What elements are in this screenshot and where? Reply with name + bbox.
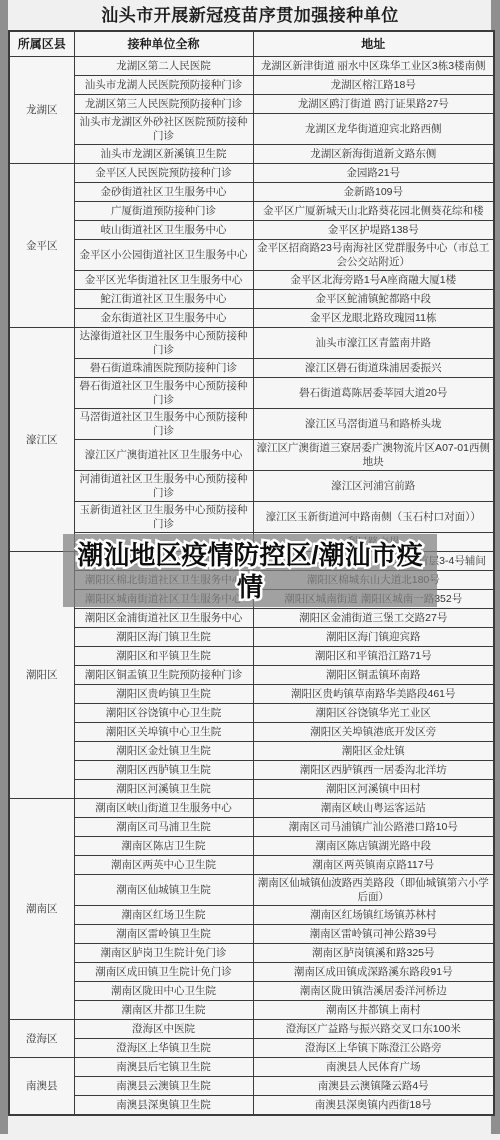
table-row: 潮阳区西胪镇卫生院潮阳区西胪镇西一居委沟北洋坊 <box>9 761 494 780</box>
table-row: 南澳县南澳县后宅镇卫生院南澳县人民体育广场 <box>9 1058 494 1077</box>
address-cell: 金平区护堤路138号 <box>253 221 494 240</box>
address-cell: 汕头市濠江区青篮南井路 <box>253 328 494 359</box>
table-row: 潮南区红场卫生院潮南区红场镇红场镇苏林村 <box>9 906 494 925</box>
table-row: 南澳县云澳镇卫生院南澳县云澳镇隆云路4号 <box>9 1077 494 1096</box>
address-cell: 潮阳区海门镇迎宾路 <box>253 628 494 647</box>
unit-cell: 礐石街道社区卫生服务中心预防接种门诊 <box>74 378 253 409</box>
watermark-overlay: 潮汕地区疫情防控区/潮汕市疫 情 <box>63 534 437 607</box>
address-cell: 濠江区玉新街道河中路南侧（玉石村口对面）） <box>253 502 494 533</box>
unit-cell: 潮阳区海门镇卫生院 <box>74 628 253 647</box>
table-row: 潮南区雷岭镇卫生院潮南区雷岭镇司神公路39号 <box>9 925 494 944</box>
column-header-unit: 接种单位全称 <box>74 31 253 57</box>
table-row: 汕头市龙湖区外砂社区医院预防接种门诊龙湖区龙华街道迎宾北路西侧 <box>9 114 494 145</box>
unit-cell: 潮南区两英中心卫生院 <box>74 856 253 875</box>
address-cell: 潮南区峡山粤运客运站 <box>253 799 494 818</box>
address-cell: 金新路109号 <box>253 183 494 202</box>
table-row: 玉新街道社区卫生服务中心预防接种门诊濠江区玉新街道河中路南侧（玉石村口对面）） <box>9 502 494 533</box>
table-row: 礐石街道珠浦医院预防接种门诊濠江区礐石街道珠浦居委振兴 <box>9 359 494 378</box>
unit-cell: 潮阳区金灶镇卫生院 <box>74 742 253 761</box>
table-header: 所属区县 接种单位全称 地址 <box>9 31 494 57</box>
address-cell: 潮南区仙城镇仙波路西美路段（即仙城镇第六小学后面） <box>253 875 494 906</box>
address-cell: 龙湖区新津街道 丽水中区珠华工业区3栋3楼南侧 <box>253 57 494 76</box>
table-row: 潮南区仙城镇卫生院潮南区仙城镇仙波路西美路段（即仙城镇第六小学后面） <box>9 875 494 906</box>
address-cell: 潮南区成田镇成深路溪东路段91号 <box>253 963 494 982</box>
unit-cell: 潮南区红场卫生院 <box>74 906 253 925</box>
table-row: 潮阳区金灶镇卫生院潮阳区金灶镇 <box>9 742 494 761</box>
page-title: 汕头市开展新冠疫苗序贯加强接种单位 <box>0 0 500 30</box>
table-row: 潮阳区铜盂镇卫生院预防接种门诊潮阳区铜盂镇环南路 <box>9 666 494 685</box>
table-row: 鮀江街道社区卫生服务中心金平区鮀浦镇鮀都路中段 <box>9 290 494 309</box>
table-row: 潮南区司马浦卫生院潮南区司马浦镇广汕公路港口路10号 <box>9 818 494 837</box>
table-row: 潮阳区谷饶镇中心卫生院潮阳区谷饶镇华光工业区 <box>9 704 494 723</box>
address-cell: 潮阳区金灶镇 <box>253 742 494 761</box>
district-cell: 金平区 <box>9 164 74 328</box>
address-cell: 濠江区广澳街道三寮居委广澳物流片区A07-01西侧地块 <box>253 440 494 471</box>
address-cell: 金园路21号 <box>253 164 494 183</box>
unit-cell: 潮南区陈店卫生院 <box>74 837 253 856</box>
address-cell: 潮阳区西胪镇西一居委沟北洋坊 <box>253 761 494 780</box>
address-cell: 潮南区司马浦镇广汕公路港口路10号 <box>253 818 494 837</box>
table-row: 汕头市龙湖人民医院预防接种门诊龙湖区榕江路18号 <box>9 76 494 95</box>
address-cell: 濠江区河浦宫前路 <box>253 471 494 502</box>
unit-cell: 汕头市龙湖区外砂社区医院预防接种门诊 <box>74 114 253 145</box>
address-cell: 潮南区胪岗镇溪和路325号 <box>253 944 494 963</box>
unit-cell: 南澳县云澳镇卫生院 <box>74 1077 253 1096</box>
address-cell: 潮阳区铜盂镇环南路 <box>253 666 494 685</box>
table-row: 潮阳区海门镇卫生院潮阳区海门镇迎宾路 <box>9 628 494 647</box>
watermark-text-line2: 情 <box>237 572 263 602</box>
table-row: 金砂街道社区卫生服务中心金新路109号 <box>9 183 494 202</box>
address-cell: 潮阳区金浦街道三堡工交路27号 <box>253 609 494 628</box>
unit-cell: 汕头市龙湖人民医院预防接种门诊 <box>74 76 253 95</box>
address-cell: 潮阳区谷饶镇华光工业区 <box>253 704 494 723</box>
unit-cell: 玉新街道社区卫生服务中心预防接种门诊 <box>74 502 253 533</box>
table-row: 潮南区陈店卫生院潮南区陈店镇湖光路中段 <box>9 837 494 856</box>
table-row: 金平区金平区人民医院预防接种门诊金园路21号 <box>9 164 494 183</box>
unit-cell: 潮阳区铜盂镇卫生院预防接种门诊 <box>74 666 253 685</box>
unit-cell: 鮀江街道社区卫生服务中心 <box>74 290 253 309</box>
unit-cell: 潮阳区谷饶镇中心卫生院 <box>74 704 253 723</box>
address-cell: 潮南区两英镇南京路117号 <box>253 856 494 875</box>
table-row: 濠江区达濠街道社区卫生服务中心预防接种门诊汕头市濠江区青篮南井路 <box>9 328 494 359</box>
address-cell: 潮南区雷岭镇司神公路39号 <box>253 925 494 944</box>
district-cell: 濠江区 <box>9 328 74 552</box>
unit-cell: 濠江区广澳街道社区卫生服务中心 <box>74 440 253 471</box>
unit-cell: 龙湖区第二人民医院 <box>74 57 253 76</box>
address-cell: 南澳县深奥镇内西街18号 <box>253 1096 494 1115</box>
district-cell: 澄海区 <box>9 1020 74 1058</box>
table-row: 潮南区井都卫生院潮南区井都镇上南村 <box>9 1001 494 1020</box>
table-row: 濠江区广澳街道社区卫生服务中心濠江区广澳街道三寮居委广澳物流片区A07-01西侧… <box>9 440 494 471</box>
address-cell: 潮南区井都镇上南村 <box>253 1001 494 1020</box>
table-row: 潮阳区河溪镇卫生院潮阳区河溪镇中田村 <box>9 780 494 799</box>
unit-cell: 金东街道社区卫生服务中心 <box>74 309 253 328</box>
unit-cell: 广厦街道预防接种门诊 <box>74 202 253 221</box>
table-row: 南澳县深奥镇卫生院南澳县深奥镇内西街18号 <box>9 1096 494 1115</box>
unit-cell: 潮阳区西胪镇卫生院 <box>74 761 253 780</box>
unit-cell: 潮阳区河溪镇卫生院 <box>74 780 253 799</box>
unit-cell: 南澳县后宅镇卫生院 <box>74 1058 253 1077</box>
unit-cell: 达濠街道社区卫生服务中心预防接种门诊 <box>74 328 253 359</box>
address-cell: 潮南区陈店镇湖光路中段 <box>253 837 494 856</box>
watermark-text: 潮汕地区疫情防控区/潮汕市疫 情 <box>63 534 437 607</box>
table-row: 潮南区两英中心卫生院潮南区两英镇南京路117号 <box>9 856 494 875</box>
unit-cell: 潮南区司马浦卫生院 <box>74 818 253 837</box>
table-row: 金平区光华街道社区卫生服务中心金平区北海旁路1号A座商融大厦1楼 <box>9 271 494 290</box>
unit-cell: 潮南区雷岭镇卫生院 <box>74 925 253 944</box>
district-cell: 龙湖区 <box>9 57 74 164</box>
table-row: 马滘街道社区卫生服务中心预防接种门诊濠江区马滘街道马和路桥头垅 <box>9 409 494 440</box>
address-cell: 金平区北海旁路1号A座商融大厦1楼 <box>253 271 494 290</box>
address-cell: 金平区龙眼北路玫瑰园11栋 <box>253 309 494 328</box>
unit-cell: 岐山街道社区卫生服务中心 <box>74 221 253 240</box>
table-row: 金平区小公园街道社区卫生服务中心金平区招商路23号南海社区党群服务中心（市总工会… <box>9 240 494 271</box>
table-row: 潮南区胪岗卫生院计免门诊潮南区胪岗镇溪和路325号 <box>9 944 494 963</box>
header-row: 所属区县 接种单位全称 地址 <box>9 31 494 57</box>
table-row: 礐石街道社区卫生服务中心预防接种门诊礐石街道葛陈居委莘园大道20号 <box>9 378 494 409</box>
table-row: 潮南区成田镇卫生院计免门诊潮南区成田镇成深路溪东路段91号 <box>9 963 494 982</box>
address-cell: 南澳县人民体育广场 <box>253 1058 494 1077</box>
table-row: 潮阳区金浦街道社区卫生服务中心潮阳区金浦街道三堡工交路27号 <box>9 609 494 628</box>
unit-cell: 潮南区成田镇卫生院计免门诊 <box>74 963 253 982</box>
unit-cell: 潮阳区关埠镇中心卫生院 <box>74 723 253 742</box>
address-cell: 澄海区广益路与振兴路交叉口东100米 <box>253 1020 494 1039</box>
unit-cell: 潮南区胪岗卫生院计免门诊 <box>74 944 253 963</box>
table-row: 汕头市龙湖区新溪镇卫生院龙湖区新海街道新文路东侧 <box>9 145 494 164</box>
unit-cell: 潮阳区和平镇卫生院 <box>74 647 253 666</box>
address-cell: 潮南区陇田镇浩溪居委洋河桥边 <box>253 982 494 1001</box>
address-cell: 龙湖区龙华街道迎宾北路西侧 <box>253 114 494 145</box>
unit-cell: 汕头市龙湖区新溪镇卫生院 <box>74 145 253 164</box>
unit-cell: 金砂街道社区卫生服务中心 <box>74 183 253 202</box>
unit-cell: 潮阳区贵屿镇卫生院 <box>74 685 253 704</box>
unit-cell: 潮南区陇田中心卫生院 <box>74 982 253 1001</box>
table-row: 潮阳区关埠镇中心卫生院潮阳区关埠镇港底开发区旁 <box>9 723 494 742</box>
table-row: 潮南区陇田中心卫生院潮南区陇田镇浩溪居委洋河桥边 <box>9 982 494 1001</box>
address-cell: 南澳县云澳镇隆云路4号 <box>253 1077 494 1096</box>
address-cell: 潮南区红场镇红场镇苏林村 <box>253 906 494 925</box>
watermark-text-line1: 潮汕地区疫情防控区/潮汕市疫 <box>77 540 422 570</box>
table-row: 潮阳区和平镇卫生院潮阳区和平镇沿江路71号 <box>9 647 494 666</box>
unit-cell: 澄海区中医院 <box>74 1020 253 1039</box>
table-row: 澄海区上华镇卫生院澄海区上华镇下陈澄江公路旁 <box>9 1039 494 1058</box>
address-cell: 濠江区马滘街道马和路桥头垅 <box>253 409 494 440</box>
unit-cell: 澄海区上华镇卫生院 <box>74 1039 253 1058</box>
unit-cell: 金平区光华街道社区卫生服务中心 <box>74 271 253 290</box>
address-cell: 潮阳区和平镇沿江路71号 <box>253 647 494 666</box>
table-row: 澄海区澄海区中医院澄海区广益路与振兴路交叉口东100米 <box>9 1020 494 1039</box>
address-cell: 濠江区礐石街道珠浦居委振兴 <box>253 359 494 378</box>
table-row: 潮南区潮南区峡山街道卫生服务中心潮南区峡山粤运客运站 <box>9 799 494 818</box>
address-cell: 潮阳区贵屿镇草南路华美路段461号 <box>253 685 494 704</box>
table-row: 广厦街道预防接种门诊金平区广厦新城天山北路葵花园北侧葵花综和楼 <box>9 202 494 221</box>
table-row: 龙湖区第三人民医院预防接种门诊龙湖区鸥汀街道 鸥汀证果路27号 <box>9 95 494 114</box>
address-cell: 潮阳区河溪镇中田村 <box>253 780 494 799</box>
unit-cell: 潮南区井都卫生院 <box>74 1001 253 1020</box>
column-header-address: 地址 <box>253 31 494 57</box>
page: 汕头市开展新冠疫苗序贯加强接种单位 所属区县 接种单位全称 地址 龙湖区龙湖区第… <box>0 0 500 1140</box>
unit-cell: 马滘街道社区卫生服务中心预防接种门诊 <box>74 409 253 440</box>
column-header-district: 所属区县 <box>9 31 74 57</box>
address-cell: 澄海区上华镇下陈澄江公路旁 <box>253 1039 494 1058</box>
unit-cell: 金平区小公园街道社区卫生服务中心 <box>74 240 253 271</box>
unit-cell: 金平区人民医院预防接种门诊 <box>74 164 253 183</box>
district-cell: 南澳县 <box>9 1058 74 1115</box>
unit-cell: 南澳县深奥镇卫生院 <box>74 1096 253 1115</box>
table-row: 河浦街道社区卫生服务中心预防接种门诊濠江区河浦宫前路 <box>9 471 494 502</box>
table-row: 岐山街道社区卫生服务中心金平区护堤路138号 <box>9 221 494 240</box>
address-cell: 龙湖区鸥汀街道 鸥汀证果路27号 <box>253 95 494 114</box>
address-cell: 金平区广厦新城天山北路葵花园北侧葵花综和楼 <box>253 202 494 221</box>
address-cell: 潮阳区关埠镇港底开发区旁 <box>253 723 494 742</box>
table-row: 潮阳区贵屿镇卫生院潮阳区贵屿镇草南路华美路段461号 <box>9 685 494 704</box>
address-cell: 金平区招商路23号南海社区党群服务中心（市总工会公交站附近） <box>253 240 494 271</box>
unit-cell: 潮南区仙城镇卫生院 <box>74 875 253 906</box>
table-row: 龙湖区龙湖区第二人民医院龙湖区新津街道 丽水中区珠华工业区3栋3楼南侧 <box>9 57 494 76</box>
address-cell: 金平区鮀浦镇鮀都路中段 <box>253 290 494 309</box>
left-gray-margin <box>0 0 8 1134</box>
address-cell: 礐石街道葛陈居委莘园大道20号 <box>253 378 494 409</box>
unit-cell: 龙湖区第三人民医院预防接种门诊 <box>74 95 253 114</box>
unit-cell: 潮南区峡山街道卫生服务中心 <box>74 799 253 818</box>
district-cell: 潮南区 <box>9 799 74 1020</box>
unit-cell: 河浦街道社区卫生服务中心预防接种门诊 <box>74 471 253 502</box>
address-cell: 龙湖区新海街道新文路东侧 <box>253 145 494 164</box>
address-cell: 龙湖区榕江路18号 <box>253 76 494 95</box>
table-row: 金东街道社区卫生服务中心金平区龙眼北路玫瑰园11栋 <box>9 309 494 328</box>
unit-cell: 潮阳区金浦街道社区卫生服务中心 <box>74 609 253 628</box>
unit-cell: 礐石街道珠浦医院预防接种门诊 <box>74 359 253 378</box>
